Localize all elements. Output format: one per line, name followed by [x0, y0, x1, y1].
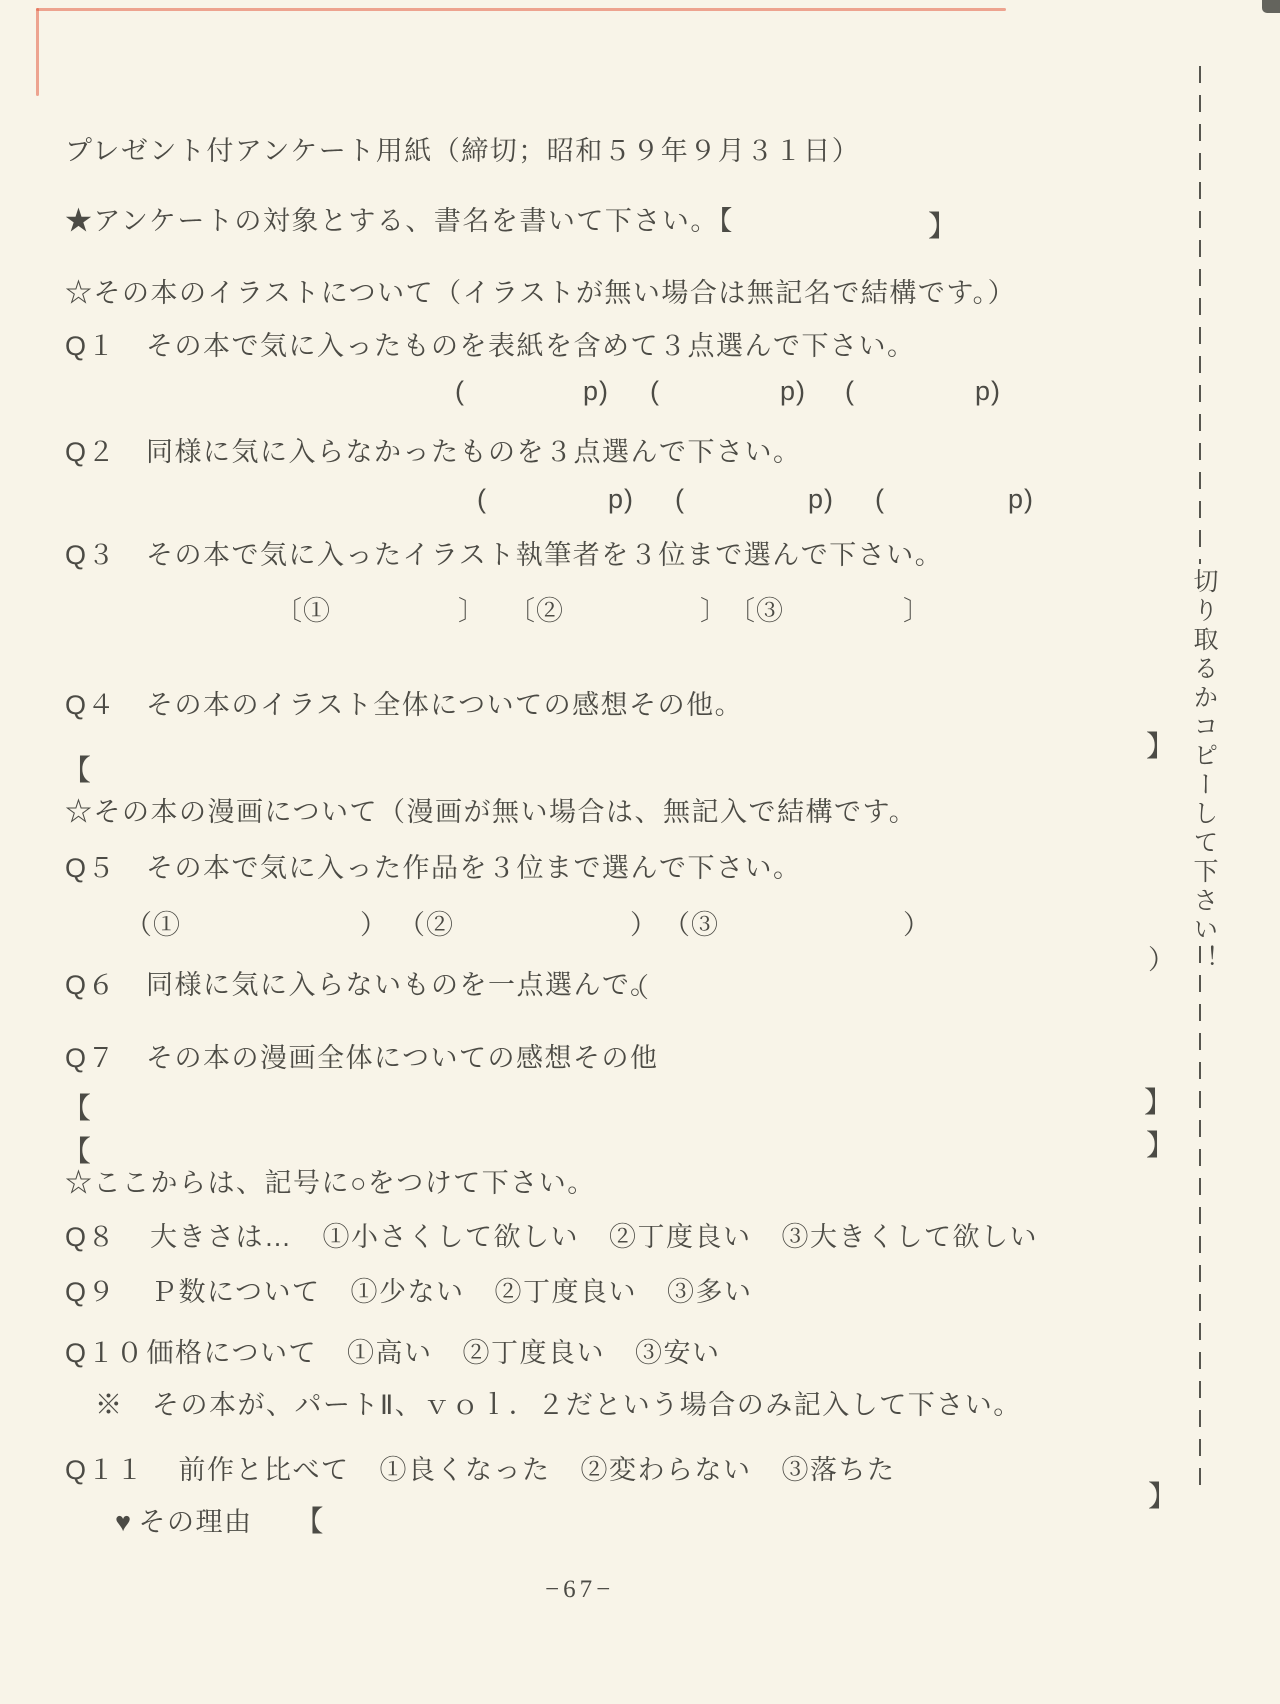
question-text: その本のイラスト全体についての感想その他。: [146, 690, 743, 721]
question-prompt: 大きさは…: [150, 1222, 293, 1253]
question-q11: Q１１前作と比べて①良くなった②変わらない③落ちた: [65, 1455, 896, 1486]
question-q4: Q４その本のイラスト全体についての感想その他。: [65, 690, 743, 721]
answer-slot-open: (: [455, 376, 465, 407]
rank-slot-close: 〕: [700, 589, 728, 628]
answer-slot-close: p): [1008, 484, 1034, 515]
book-name-prompt: ★アンケートの対象とする、書名を書いて下さい。【: [65, 206, 734, 237]
answer-slot-open: (: [845, 376, 855, 407]
cut-line-bottom: [1199, 946, 1201, 1496]
rank-slot-close: ）: [360, 903, 388, 942]
rank-slot-open: 〔①: [275, 589, 331, 628]
question-label: Q２: [65, 437, 116, 468]
question-q10: Q１０価格について①高い②丁度良い③安い: [65, 1338, 720, 1369]
question-label: Q１１: [65, 1455, 145, 1486]
answer-slot-close: p): [608, 484, 634, 515]
free-answer-close: 】: [1146, 724, 1176, 765]
reason-row: ♥その理由【: [115, 1506, 325, 1539]
illustration-section-heading: ☆その本のイラストについて（イラストが無い場合は無記名で結構です。）: [65, 278, 1016, 309]
free-answer-close: 】: [1144, 1080, 1174, 1121]
question-q9: Q９Ｐ数について①少ない②丁度良い③多い: [65, 1277, 752, 1308]
option-3: ③大きくして欲しい: [782, 1222, 1039, 1253]
question-text: その本で気に入ったイラスト執筆者を３位まで選んで下さい。: [146, 540, 943, 571]
free-answer-open: 【: [62, 1129, 92, 1170]
answer-slot-close: p): [583, 376, 609, 407]
rank-slot-close: ）: [903, 903, 931, 942]
free-answer-open: 【: [62, 1086, 92, 1127]
survey-page: プレゼント付アンケート用紙（締切；昭和５９年９月３１日） ★アンケートの対象とす…: [0, 0, 1280, 1704]
option-3: ③多い: [667, 1277, 753, 1308]
option-1: ①小さくして欲しい: [323, 1222, 580, 1253]
note-part2-only: ※ その本が、パートⅡ、ｖｏｌ．２だという場合のみ記入して下さい。: [95, 1390, 1022, 1421]
question-label: Q９: [65, 1277, 116, 1308]
question-q8: Q８大きさは…①小さくして欲しい②丁度良い③大きくして欲しい: [65, 1222, 1038, 1253]
question-q7: Q７その本の漫画全体についての感想その他: [65, 1043, 658, 1074]
question-text: その本で気に入ったものを表紙を含めて３点選んで下さい。: [146, 331, 916, 362]
question-text: 同様に気に入らなかったものを３点選んで下さい。: [146, 437, 802, 468]
question-label: Q７: [65, 1043, 116, 1074]
manga-section-heading: ☆その本の漫画について（漫画が無い場合は、無記入で結構です。: [65, 797, 917, 828]
question-label: Q１０: [65, 1338, 145, 1369]
survey-title: プレゼント付アンケート用紙（締切；昭和５９年９月３１日）: [65, 136, 860, 167]
question-label: Q８: [65, 1222, 116, 1253]
rank-slot-open: （③: [663, 903, 719, 942]
question-text: その本の漫画全体についての感想その他: [146, 1043, 658, 1074]
option-1: ①良くなった: [380, 1455, 551, 1486]
circle-section-heading: ☆ここからは、記号に○をつけて下さい。: [65, 1168, 596, 1199]
question-q3: Q３その本で気に入ったイラスト執筆者を３位まで選んで下さい。: [65, 540, 943, 571]
answer-slot-close: p): [780, 376, 806, 407]
question-label: Q６: [65, 970, 116, 1001]
question-q6: Q６同様に気に入らないものを一点選んで。: [65, 970, 658, 1001]
question-prompt: Ｐ数について: [150, 1277, 320, 1308]
corner-mark: [1262, 0, 1280, 13]
answer-slot-close: p): [975, 376, 1001, 407]
answer-slot-open: (: [477, 484, 487, 515]
free-answer-open: 【: [62, 748, 92, 789]
page-number: −67−: [545, 1576, 614, 1604]
answer-slot-open: （: [622, 966, 650, 1005]
book-name-bracket-close: 】: [928, 204, 958, 245]
free-answer-close: 】: [1146, 1123, 1176, 1164]
reason-bracket-close: 】: [1148, 1474, 1178, 1515]
answer-slot-open: (: [875, 484, 885, 515]
answer-slot-close: ）: [1148, 938, 1176, 977]
rank-slot-open: 〔③: [728, 589, 784, 628]
question-label: Q４: [65, 690, 116, 721]
reason-label: その理由: [139, 1507, 253, 1537]
question-label: Q３: [65, 540, 116, 571]
rank-slot-open: （②: [398, 903, 454, 942]
answer-slot-close: p): [808, 484, 834, 515]
rank-slot-close: ）: [630, 903, 658, 942]
question-label: Q５: [65, 853, 116, 884]
option-2: ②丁度良い: [462, 1338, 605, 1369]
option-1: ①少ない: [350, 1277, 464, 1308]
option-2: ②丁度良い: [609, 1222, 752, 1253]
question-prompt: 前作と比べて: [179, 1455, 350, 1486]
red-edge-horizontal: [36, 8, 1006, 11]
question-label: Q１: [65, 331, 116, 362]
option-2: ②変わらない: [581, 1455, 752, 1486]
option-2: ②丁度良い: [494, 1277, 637, 1308]
reason-bracket-open: 【: [295, 1506, 326, 1538]
cut-line-top: [1199, 66, 1201, 564]
option-3: ③落ちた: [782, 1455, 896, 1486]
question-text: その本で気に入った作品を３位まで選んで下さい。: [146, 853, 802, 884]
rank-slot-close: 〕: [903, 589, 931, 628]
question-q1: Q１その本で気に入ったものを表紙を含めて３点選んで下さい。: [65, 331, 916, 362]
option-3: ③安い: [635, 1338, 721, 1369]
answer-slot-open: (: [650, 376, 660, 407]
answer-slot-open: (: [675, 484, 685, 515]
rank-slot-close: 〕: [458, 589, 486, 628]
question-q2: Q２同様に気に入らなかったものを３点選んで下さい。: [65, 437, 802, 468]
rank-slot-open: 〔②: [508, 589, 564, 628]
option-1: ①高い: [347, 1338, 433, 1369]
red-edge-vertical: [36, 8, 39, 96]
question-text: 同様に気に入らないものを一点選んで。: [146, 970, 658, 1001]
question-q5: Q５その本で気に入った作品を３位まで選んで下さい。: [65, 853, 802, 884]
cut-strip-label: 切り取るかコピーして下さい！: [1186, 568, 1222, 974]
heart-icon: ♥: [115, 1507, 133, 1538]
rank-slot-open: （①: [125, 903, 181, 942]
question-prompt: 価格について: [147, 1338, 317, 1369]
